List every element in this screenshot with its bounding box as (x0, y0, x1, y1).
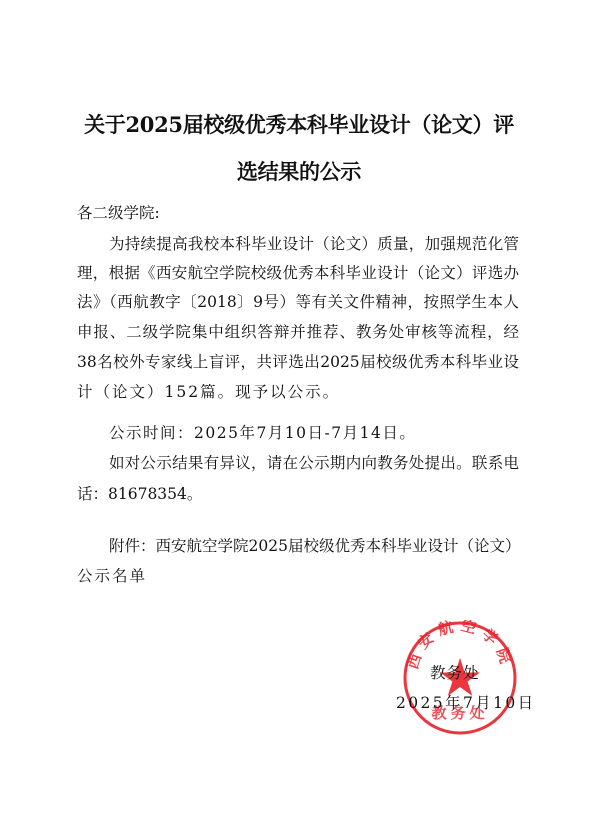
paragraph-line: 法》（西航教字〔2018〕9号）等有关文件精神，按照学生本人 (77, 292, 519, 312)
paragraph-line: 38名校外专家线上盲评，共评选出2025届校级优秀本科毕业设 (77, 352, 519, 372)
objection-line: 如对公示结果有异议，请在公示期内向教务处提出。联系电 (109, 453, 519, 473)
document-page: 关于2025届校级优秀本科毕业设计（论文）评 选结果的公示 各二级学院: 为持续… (0, 0, 592, 836)
paragraph-line: 计（论文）152篇。现予以公示。 (77, 382, 519, 402)
paragraph-line: 理，根据《西安航空学院校级优秀本科毕业设计（论文）评选办 (77, 263, 519, 283)
salutation: 各二级学院: (77, 203, 519, 223)
contact-phone: 话：81678354。 (77, 484, 519, 504)
document-title-line-1: 关于2025届校级优秀本科毕业设计（论文）评 (72, 110, 526, 140)
attachment-name: 公示名单 (77, 566, 519, 586)
paragraph-line: 为持续提高我校本科毕业设计（论文）质量，加强规范化管 (109, 234, 519, 254)
signature-office: 教务处 (430, 663, 480, 683)
publicity-period: 公示时间：2025年7月10日-7月14日。 (109, 423, 519, 443)
attachment-line: 附件：西安航空学院2025届校级优秀本科毕业设计（论文） (109, 536, 519, 556)
signature-date: 2025年7月10日 (396, 693, 536, 713)
document-title-line-2: 选结果的公示 (72, 157, 526, 187)
paragraph-line: 申报、二级学院集中组织答辩并推荐、教务处审核等流程，经 (77, 322, 519, 342)
